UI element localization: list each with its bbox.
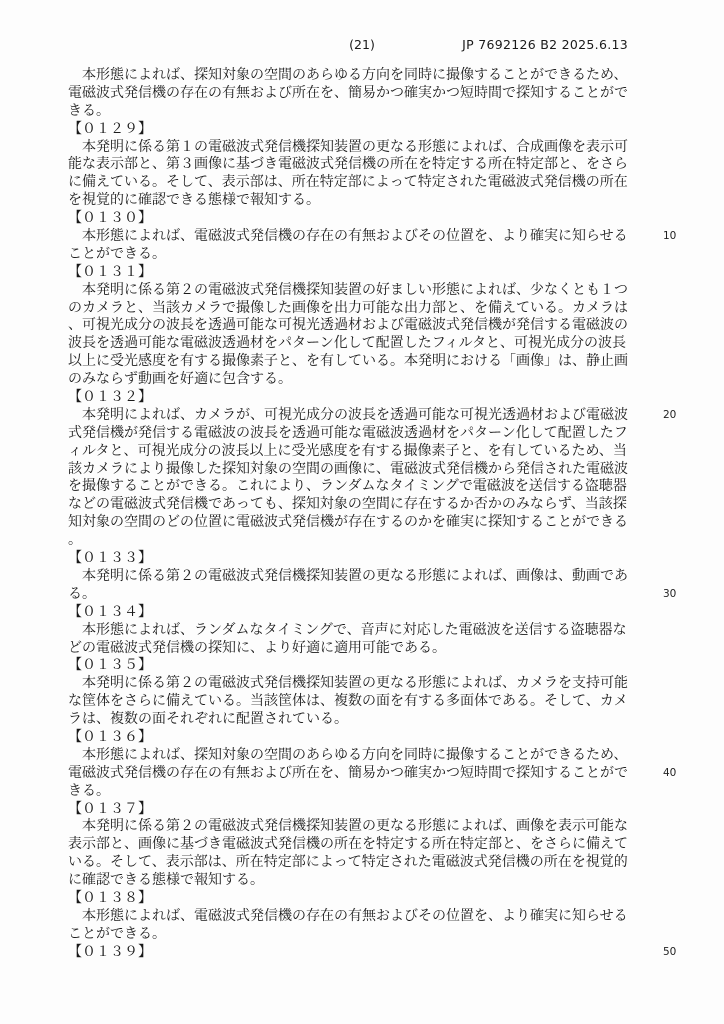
text-line-content: ィルタと、可視光成分の波長以上に受光感度を有する撮像素子と、を有しているため、当 (68, 443, 627, 459)
text-line: 本発明に係る第２の電磁波式発信機探知装置の更なる形態によれば、画像を表示可能な (68, 818, 628, 836)
text-line: ことができる。 (68, 246, 628, 264)
text-line: のカメラと、当該カメラで撮像した画像を出力可能な出力部と、を備えている。カメラは (68, 300, 628, 318)
text-line-content: 式発信機が発信する電磁波の波長を透過可能な電磁波透過材をパターン化して配置したフ (68, 425, 628, 441)
text-line-content: な筐体をさらに備えている。当該筐体は、複数の面を有する多面体である。そして、カメ (68, 693, 628, 709)
text-line-content: 本形態によれば、ランダムなタイミングで、音声に対応した電磁波を送信する盗聴器な (68, 622, 627, 638)
text-line: ィルタと、可視光成分の波長以上に受光感度を有する撮像素子と、を有しているため、当 (68, 443, 628, 461)
text-line: 、可視光成分の波長を透過可能な可視光透過材および電磁波式発信機が発信する電磁波の (68, 317, 628, 335)
text-line-content: 能な表示部と、第３画像に基づき電磁波式発信機の所在を特定する所在特定部と、をさら (68, 156, 628, 172)
text-line-content: 本発明に係る第１の電磁波式発信機探知装置の更なる形態によれば、合成画像を表示可 (68, 139, 628, 155)
text-line-content: ことができる。 (68, 246, 166, 262)
text-line: きる。 (68, 103, 628, 121)
text-line: 本発明に係る第２の電磁波式発信機探知装置の更なる形態によれば、画像は、動画であ (68, 568, 628, 586)
text-line-content: 本形態によれば、探知対象の空間のあらゆる方向を同時に撮像することができるため、 (68, 747, 627, 763)
text-line-content: 【０１３１】 (68, 264, 152, 280)
text-line-content: 本発明に係る第２の電磁波式発信機探知装置の更なる形態によれば、画像を表示可能な (68, 818, 628, 834)
text-line: 電磁波式発信機の存在の有無および所在を、簡易かつ確実かつ短時間で探知することがで (68, 85, 628, 103)
text-line: 本形態によれば、電磁波式発信機の存在の有無およびその位置を、より確実に知らせる (68, 908, 628, 926)
text-line-content: きる。 (68, 783, 110, 799)
margin-line-number: 50 (663, 944, 676, 962)
paragraph-marker-line: 【０１３７】 (68, 801, 628, 819)
text-line-content: 【０１３３】 (68, 550, 152, 566)
text-line: 本発明に係る第１の電磁波式発信機探知装置の更なる形態によれば、合成画像を表示可 (68, 139, 628, 157)
text-line: 波長を透過可能な電磁波透過材をパターン化して配置したフィルタと、可視光成分の波長 (68, 335, 628, 353)
text-line: ラは、複数の面それぞれに配置されている。 (68, 711, 628, 729)
text-line: 能な表示部と、第３画像に基づき電磁波式発信機の所在を特定する所在特定部と、をさら (68, 156, 628, 174)
paragraph-marker-line: 【０１３９】50 (68, 944, 628, 962)
paragraph-marker-line: 【０１３５】 (68, 657, 628, 675)
text-line-content: 以上に受光感度を有する撮像素子と、を有している。本発明における「画像」は、静止画 (68, 353, 628, 369)
text-line: に備えている。そして、表示部は、所在特定部によって特定された電磁波式発信機の所在 (68, 174, 628, 192)
text-line-content: を視覚的に確認できる態様で報知する。 (68, 192, 320, 208)
text-line-content: 【０１３８】 (68, 890, 152, 906)
margin-line-number: 10 (663, 228, 676, 246)
text-line-content: 本形態によれば、電磁波式発信機の存在の有無およびその位置を、より確実に知らせる (68, 908, 628, 924)
text-line-content: 本発明に係る第２の電磁波式発信機探知装置の好ましい形態によれば、少なくとも１つ (68, 282, 628, 298)
text-line: どの電磁波式発信機の探知に、より好適に適用可能である。 (68, 640, 628, 658)
page-header: (21) JP 7692126 B2 2025.6.13 (0, 37, 724, 53)
paragraph-marker-line: 【０１２９】 (68, 121, 628, 139)
text-line: 本形態によれば、ランダムなタイミングで、音声に対応した電磁波を送信する盗聴器な (68, 622, 628, 640)
text-line-content: のカメラと、当該カメラで撮像した画像を出力可能な出力部と、を備えている。カメラは (68, 300, 628, 316)
text-line-content: きる。 (68, 103, 110, 119)
text-line: いる。そして、表示部は、所在特定部によって特定された電磁波式発信機の所在を視覚的 (68, 854, 628, 872)
paragraph-marker-line: 【０１３４】 (68, 604, 628, 622)
text-line-content: 【０１２９】 (68, 121, 152, 137)
text-line-content: 該カメラにより撮像した探知対象の空間の画像に、電磁波式発信機から発信された電磁波 (68, 461, 628, 477)
text-line: 本形態によれば、探知対象の空間のあらゆる方向を同時に撮像することができるため、 (68, 67, 628, 85)
text-line-content: 【０１３４】 (68, 604, 152, 620)
text-line-content: 【０１３９】 (68, 944, 152, 960)
paragraph-marker-line: 【０１３０】 (68, 210, 628, 228)
patent-page: (21) JP 7692126 B2 2025.6.13 本形態によれば、探知対… (0, 0, 724, 1024)
text-line-content: を撮像することができる。これにより、ランダムなタイミングで電磁波を送信する盗聴器 (68, 478, 627, 494)
margin-line-number: 40 (663, 765, 676, 783)
text-line: 電磁波式発信機の存在の有無および所在を、簡易かつ確実かつ短時間で探知することがで… (68, 765, 628, 783)
text-line-content: ラは、複数の面それぞれに配置されている。 (68, 711, 348, 727)
patent-text-body: 本形態によれば、探知対象の空間のあらゆる方向を同時に撮像することができるため、電… (68, 67, 628, 962)
text-line: 以上に受光感度を有する撮像素子と、を有している。本発明における「画像」は、静止画 (68, 353, 628, 371)
text-line-content: いる。そして、表示部は、所在特定部によって特定された電磁波式発信機の所在を視覚的 (68, 854, 628, 870)
text-line-content: 本発明によれば、カメラが、可視光成分の波長を透過可能な可視光透過材および電磁波 (68, 407, 628, 423)
publication-number: JP 7692126 B2 2025.6.13 (462, 37, 628, 53)
text-line-content: 。 (68, 532, 82, 548)
text-line-content: 【０１３５】 (68, 657, 152, 673)
text-line-content: 【０１３０】 (68, 210, 152, 226)
text-line: きる。 (68, 783, 628, 801)
margin-line-number: 30 (663, 586, 676, 604)
text-line: 表示部と、画像に基づき電磁波式発信機の所在を特定する所在特定部と、をさらに備えて (68, 836, 628, 854)
text-line-content: 【０１３７】 (68, 801, 152, 817)
text-line-content: 本形態によれば、探知対象の空間のあらゆる方向を同時に撮像することができるため、 (68, 67, 627, 83)
text-line: を視覚的に確認できる態様で報知する。 (68, 192, 628, 210)
text-line: 本発明によれば、カメラが、可視光成分の波長を透過可能な可視光透過材および電磁波2… (68, 407, 628, 425)
paragraph-marker-line: 【０１３２】 (68, 389, 628, 407)
text-line-content: 本発明に係る第２の電磁波式発信機探知装置の更なる形態によれば、画像は、動画であ (68, 568, 628, 584)
paragraph-marker-line: 【０１３６】 (68, 729, 628, 747)
paragraph-marker-line: 【０１３８】 (68, 890, 628, 908)
text-line: 。 (68, 532, 628, 550)
text-line-content: 本発明に係る第２の電磁波式発信機探知装置の更なる形態によれば、カメラを支持可能 (68, 675, 628, 691)
text-line-content: に備えている。そして、表示部は、所在特定部によって特定された電磁波式発信機の所在 (68, 174, 628, 190)
text-line: のみならず動画を好適に包含する。 (68, 371, 628, 389)
text-line: 知対象の空間のどの位置に電磁波式発信機が存在するのかを確実に探知することができる (68, 514, 628, 532)
text-line-content: 電磁波式発信機の存在の有無および所在を、簡易かつ確実かつ短時間で探知することがで (68, 765, 628, 781)
text-line: 本発明に係る第２の電磁波式発信機探知装置の更なる形態によれば、カメラを支持可能 (68, 675, 628, 693)
text-line: 本発明に係る第２の電磁波式発信機探知装置の好ましい形態によれば、少なくとも１つ (68, 282, 628, 300)
text-line-content: 波長を透過可能な電磁波透過材をパターン化して配置したフィルタと、可視光成分の波長 (68, 335, 626, 351)
text-line-content: などの電磁波式発信機であっても、探知対象の空間に存在するか否かのみならず、当該探 (68, 496, 627, 512)
text-line: る。30 (68, 586, 628, 604)
paragraph-marker-line: 【０１３３】 (68, 550, 628, 568)
text-line-content: 【０１３６】 (68, 729, 152, 745)
text-line-content: 知対象の空間のどの位置に電磁波式発信機が存在するのかを確実に探知することができる (68, 514, 628, 530)
text-line-content: 電磁波式発信機の存在の有無および所在を、簡易かつ確実かつ短時間で探知することがで (68, 85, 628, 101)
text-line-content: る。 (68, 586, 96, 602)
text-line: などの電磁波式発信機であっても、探知対象の空間に存在するか否かのみならず、当該探 (68, 496, 628, 514)
text-line-content: 【０１３２】 (68, 389, 152, 405)
text-line: 本形態によれば、探知対象の空間のあらゆる方向を同時に撮像することができるため、 (68, 747, 628, 765)
text-line-content: 本形態によれば、電磁波式発信機の存在の有無およびその位置を、より確実に知らせる (68, 228, 628, 244)
text-line-content: どの電磁波式発信機の探知に、より好適に適用可能である。 (68, 640, 446, 656)
text-line: 本形態によれば、電磁波式発信機の存在の有無およびその位置を、より確実に知らせる1… (68, 228, 628, 246)
text-line: な筐体をさらに備えている。当該筐体は、複数の面を有する多面体である。そして、カメ (68, 693, 628, 711)
margin-line-number: 20 (663, 407, 676, 425)
text-line-content: のみならず動画を好適に包含する。 (68, 371, 292, 387)
paragraph-marker-line: 【０１３１】 (68, 264, 628, 282)
text-line: 式発信機が発信する電磁波の波長を透過可能な電磁波透過材をパターン化して配置したフ (68, 425, 628, 443)
text-line: を撮像することができる。これにより、ランダムなタイミングで電磁波を送信する盗聴器 (68, 478, 628, 496)
text-line: 該カメラにより撮像した探知対象の空間の画像に、電磁波式発信機から発信された電磁波 (68, 461, 628, 479)
text-line-content: 、可視光成分の波長を透過可能な可視光透過材および電磁波式発信機が発信する電磁波の (68, 317, 628, 333)
text-line-content: に確認できる態様で報知する。 (68, 872, 264, 888)
text-line-content: ことができる。 (68, 926, 166, 942)
text-line-content: 表示部と、画像に基づき電磁波式発信機の所在を特定する所在特定部と、をさらに備えて (68, 836, 628, 852)
text-line: ことができる。 (68, 926, 628, 944)
text-line: に確認できる態様で報知する。 (68, 872, 628, 890)
